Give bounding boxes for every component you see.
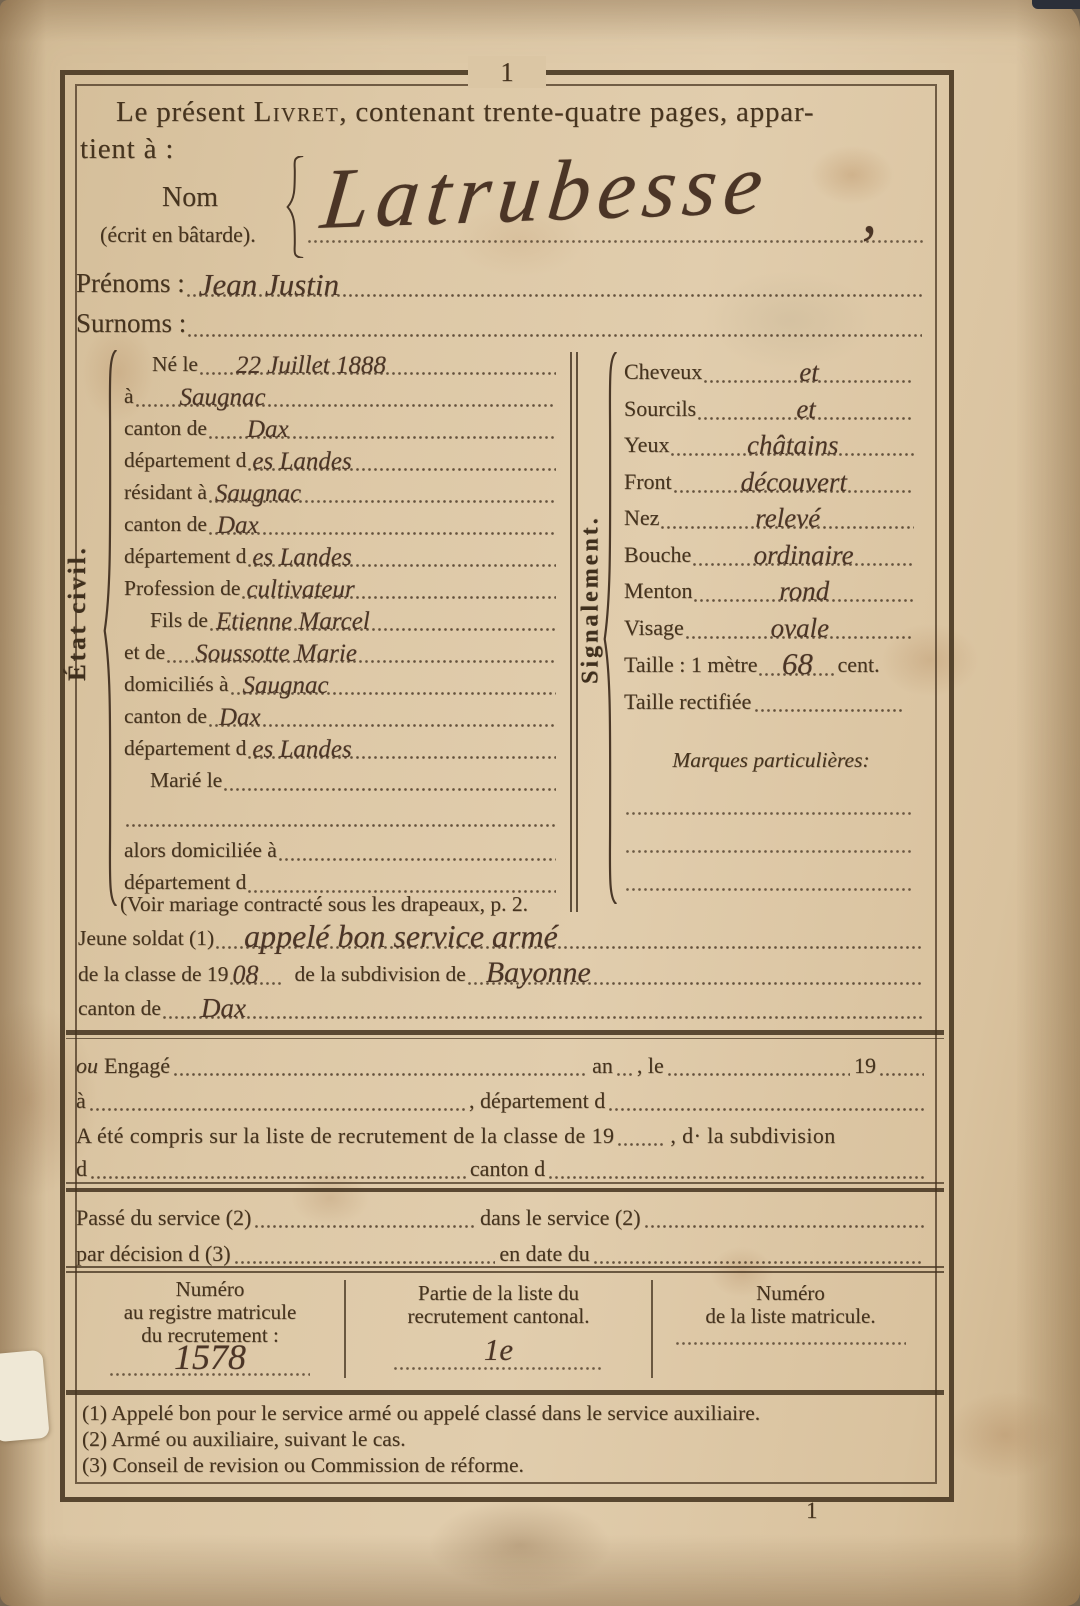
handwritten-value: et bbox=[799, 359, 819, 386]
classe-entry: 08 bbox=[228, 962, 286, 990]
nom-dotted-line bbox=[308, 240, 924, 243]
taille-value: 68 bbox=[782, 648, 813, 679]
field-entry: Dax bbox=[207, 705, 558, 732]
section-divider bbox=[66, 1266, 944, 1273]
handwritten-value: Etienne Marcel bbox=[208, 609, 370, 634]
blank-line bbox=[91, 1176, 466, 1179]
departement-label: , département d bbox=[469, 1088, 605, 1114]
field-entry: Saugnac bbox=[207, 481, 558, 508]
intro-line-2: tient à : bbox=[80, 133, 174, 165]
col1-header-line: au registre matricule bbox=[124, 1301, 297, 1324]
service-block: Passé du service (2) dans le service (2)… bbox=[76, 1196, 928, 1270]
field-label: Profession de bbox=[124, 576, 240, 601]
field-row: Né le22 Juillet 1888 bbox=[124, 348, 558, 380]
d-label: d bbox=[76, 1156, 87, 1182]
handwritten-value: ovale bbox=[771, 615, 829, 642]
handwritten-value: Dax bbox=[207, 513, 259, 538]
jeune-soldat-block: Jeune soldat (1) appelé bon service armé… bbox=[78, 914, 926, 1024]
signalement-rows: Cheveuxet Sourcilset Yeuxchâtains Frontd… bbox=[624, 352, 916, 718]
footnotes: (1) Appelé bon pour le service armé ou a… bbox=[82, 1400, 924, 1478]
field-label: département d bbox=[124, 736, 246, 761]
nom-sub-label: (écrit en bâtarde). bbox=[100, 222, 256, 248]
field-row: résidant àSaugnac bbox=[124, 476, 558, 508]
field-row: Visageovale bbox=[624, 607, 916, 644]
page-number-bottom: 1 bbox=[806, 1498, 818, 1524]
col2-header-line: Partie de la liste du bbox=[418, 1282, 579, 1305]
prenoms-label: Prénoms : bbox=[76, 268, 185, 299]
surnoms-entry bbox=[186, 340, 924, 342]
page-number-top-container: 1 bbox=[468, 56, 546, 88]
engagement-block: ou Engagé an , le 19 à , département d A… bbox=[76, 1046, 928, 1185]
matricule-table: Numéro au registre matricule du recrutem… bbox=[76, 1274, 928, 1384]
field-label: à bbox=[124, 384, 134, 409]
section-divider bbox=[66, 1182, 944, 1192]
prenoms-row: Prénoms : Jean Justin bbox=[76, 258, 924, 302]
col3-header-line: de la liste matricule. bbox=[705, 1305, 875, 1328]
col2-value: 1e bbox=[484, 1334, 513, 1365]
subdivision-entry: Bayonne bbox=[466, 958, 926, 990]
passe-row: Passé du service (2) dans le service (2) bbox=[76, 1196, 928, 1234]
field-entry: cultivateur bbox=[240, 577, 558, 604]
field-entry: et bbox=[702, 359, 916, 388]
taille-rectifiee-blank bbox=[755, 709, 905, 712]
canton-row: canton de Dax bbox=[78, 990, 926, 1024]
handwritten-value: Saugnac bbox=[207, 481, 301, 506]
field-entry: ovale bbox=[684, 615, 916, 644]
field-entry: Dax bbox=[207, 417, 558, 444]
an-label: an bbox=[592, 1053, 613, 1079]
field-label: Cheveux bbox=[624, 359, 702, 385]
handwritten-value: es Landes bbox=[246, 449, 351, 474]
compris-row: A été compris sur la liste de recrutemen… bbox=[76, 1117, 928, 1152]
col2-blank-line bbox=[394, 1367, 604, 1370]
field-entry: ordinaire bbox=[691, 542, 916, 571]
passe-label: Passé du service (2) bbox=[76, 1205, 251, 1231]
field-entry: Saugnac bbox=[229, 673, 559, 700]
field-row: Yeuxchâtains bbox=[624, 425, 916, 462]
handwritten-value: es Landes bbox=[246, 545, 351, 570]
blank-line bbox=[880, 1073, 924, 1076]
handwritten-value: rond bbox=[779, 578, 829, 605]
decision-row: par décision d (3) en date du bbox=[76, 1234, 928, 1270]
surnoms-label: Surnoms : bbox=[76, 308, 186, 339]
blank-line bbox=[174, 1073, 588, 1076]
compris-d-row: d canton d bbox=[76, 1152, 928, 1185]
subdivision-value: Bayonne bbox=[466, 958, 591, 988]
jeune-soldat-label: Jeune soldat (1) bbox=[78, 926, 214, 951]
field-label: Yeux bbox=[624, 432, 669, 458]
field-label: Fils de bbox=[150, 608, 208, 633]
field-entry: Etienne Marcel bbox=[208, 609, 558, 636]
field-entry bbox=[222, 794, 558, 796]
nom-flourish: , bbox=[862, 182, 877, 242]
military-booklet-page: 1 Le présent Livret, contenant trente-qu… bbox=[0, 0, 1080, 1606]
field-entry bbox=[124, 830, 558, 832]
field-label: Menton bbox=[624, 578, 692, 604]
classe-row: de la classe de 19 08 de la subdivision … bbox=[78, 954, 926, 990]
field-row: canton deDax bbox=[124, 508, 558, 540]
le-label: , le bbox=[637, 1053, 664, 1079]
field-entry: rond bbox=[692, 578, 916, 607]
marques-label: Marques particulières: bbox=[636, 748, 906, 773]
taille-label: Taille : 1 mètre bbox=[624, 652, 757, 678]
field-label: canton de bbox=[124, 512, 207, 537]
table-col-registre: Numéro au registre matricule du recrutem… bbox=[76, 1274, 344, 1384]
field-row: Marié le bbox=[124, 764, 558, 796]
handwritten-value: ordinaire bbox=[754, 542, 854, 569]
handwritten-value: découvert bbox=[741, 469, 847, 496]
field-row: alors domiciliée à bbox=[124, 832, 558, 866]
col3-header-line: Numéro bbox=[756, 1282, 825, 1305]
canton-d-label: canton d bbox=[470, 1156, 545, 1182]
etat-civil-brace bbox=[102, 350, 120, 906]
field-entry: Soussotte Marie bbox=[165, 641, 558, 668]
taille-suffix: cent. bbox=[837, 652, 879, 678]
field-label: et de bbox=[124, 640, 165, 665]
handwritten-value: et bbox=[796, 396, 816, 423]
taille-rectifiee-label: Taille rectifiée bbox=[624, 689, 751, 715]
field-row: canton deDax bbox=[124, 700, 558, 732]
intro-le-present: Le présent bbox=[116, 96, 246, 128]
blank-line bbox=[618, 1143, 666, 1146]
field-entry: découvert bbox=[672, 469, 916, 498]
field-label: Front bbox=[624, 469, 672, 495]
canton-entry: Dax bbox=[161, 995, 926, 1024]
field-label: département d bbox=[124, 544, 246, 569]
intro-rest: , contenant trente-quatre pages, appar- bbox=[339, 96, 814, 128]
etat-civil-section-label: État civil. bbox=[62, 448, 94, 778]
prenoms-value: Jean Justin bbox=[185, 269, 339, 300]
field-row bbox=[124, 796, 558, 832]
field-label: canton de bbox=[124, 416, 207, 441]
field-row: et deSoussotte Marie bbox=[124, 636, 558, 668]
field-row: canton deDax bbox=[124, 412, 558, 444]
blank-line bbox=[235, 1261, 496, 1264]
field-entry: châtains bbox=[669, 432, 916, 461]
blank-line bbox=[549, 1176, 924, 1179]
field-row: Fils deEtienne Marcel bbox=[124, 604, 558, 636]
classe-label: de la classe de 19 bbox=[78, 962, 228, 987]
prenoms-entry: Jean Justin bbox=[185, 269, 924, 302]
field-label: Né le bbox=[152, 352, 198, 377]
field-entry: 22 Juillet 1888 bbox=[198, 353, 558, 380]
handwritten-value: Soussotte Marie bbox=[165, 641, 357, 666]
compris-suffix: , d· la subdivision bbox=[670, 1123, 835, 1149]
field-row: département des Landes bbox=[124, 540, 558, 572]
engage-label: Engagé bbox=[98, 1053, 170, 1079]
field-entry: es Landes bbox=[246, 545, 558, 572]
nom-handwritten: Latrubesse bbox=[318, 140, 774, 242]
intro-line-1: Le présent Livret, contenant trente-quat… bbox=[80, 94, 920, 131]
field-row: département des Landes bbox=[124, 732, 558, 764]
engage-row: ou Engagé an , le 19 bbox=[76, 1046, 928, 1082]
field-row: département des Landes bbox=[124, 444, 558, 476]
blank-line bbox=[668, 1073, 850, 1076]
dans-label: dans le service (2) bbox=[480, 1205, 641, 1231]
handwritten-value: châtains bbox=[747, 432, 839, 459]
field-label: Visage bbox=[624, 615, 684, 641]
blank-line bbox=[594, 1261, 924, 1264]
field-entry: Saugnac bbox=[134, 385, 558, 412]
field-row: Mentonrond bbox=[624, 571, 916, 608]
a-label: à bbox=[76, 1088, 86, 1114]
intro-livret: Livret bbox=[254, 96, 340, 128]
col1-value: 1578 bbox=[174, 1339, 246, 1375]
engage-a-row: à , département d bbox=[76, 1082, 928, 1117]
jeune-soldat-value: appelé bon service armé bbox=[214, 920, 558, 952]
section-divider bbox=[66, 1030, 944, 1039]
field-row: àSaugnac bbox=[124, 380, 558, 412]
compris-text: A été compris sur la liste de recrutemen… bbox=[76, 1123, 614, 1149]
taille-row: Taille : 1 mètre 68 cent. bbox=[624, 644, 916, 681]
section-divider bbox=[66, 1390, 944, 1397]
field-label: canton de bbox=[124, 704, 207, 729]
handwritten-value: 22 Juillet 1888 bbox=[198, 353, 386, 378]
handwritten-value: cultivateur bbox=[240, 577, 354, 602]
col2-header-line: recrutement cantonal. bbox=[408, 1305, 590, 1328]
table-col-partie: Partie de la liste du recrutement canton… bbox=[346, 1274, 651, 1384]
jeune-soldat-entry: appelé bon service armé bbox=[214, 920, 926, 954]
field-row: Boucheordinaire bbox=[624, 534, 916, 571]
field-entry: es Landes bbox=[246, 449, 558, 476]
col1-header-line: Numéro bbox=[176, 1278, 245, 1301]
marques-blank-line bbox=[626, 850, 914, 853]
col3-blank-line bbox=[676, 1342, 906, 1345]
field-label: Nez bbox=[624, 505, 659, 531]
field-label: Bouche bbox=[624, 542, 691, 568]
handwritten-value: es Landes bbox=[246, 737, 351, 762]
nom-label: Nom bbox=[162, 182, 218, 214]
field-entry: es Landes bbox=[246, 737, 558, 764]
page-number-top: 1 bbox=[500, 57, 514, 88]
classe-value: 08 bbox=[228, 962, 258, 988]
marques-blank-line bbox=[626, 888, 914, 891]
subdivision-label: de la subdivision de bbox=[286, 962, 465, 987]
surnoms-row: Surnoms : bbox=[76, 300, 924, 342]
field-label: département d bbox=[124, 448, 246, 473]
taille-rectifiee-row: Taille rectifiée bbox=[624, 681, 916, 718]
footnote-1: (1) Appelé bon pour le service armé ou a… bbox=[82, 1400, 924, 1426]
etat-civil-rows: Né le22 Juillet 1888 àSaugnac canton deD… bbox=[124, 348, 558, 898]
tape-repair bbox=[0, 1350, 50, 1442]
blank-line bbox=[617, 1073, 633, 1076]
blank-line bbox=[255, 1225, 476, 1228]
canton-value: Dax bbox=[161, 995, 246, 1022]
blank-line bbox=[645, 1225, 924, 1228]
field-row: Nezrelevé bbox=[624, 498, 916, 535]
field-row: Frontdécouvert bbox=[624, 461, 916, 498]
col1-blank-line bbox=[110, 1373, 310, 1376]
blank-line bbox=[90, 1108, 465, 1111]
field-row: Sourcilset bbox=[624, 388, 916, 425]
canton-label: canton de bbox=[78, 996, 161, 1021]
nom-brace bbox=[284, 156, 308, 258]
field-entry: Dax bbox=[207, 513, 558, 540]
marques-blank-line bbox=[626, 812, 914, 815]
field-label: Marié le bbox=[150, 768, 222, 793]
footnote-3: (3) Conseil de revision ou Commission de… bbox=[82, 1452, 924, 1478]
field-row: Cheveuxet bbox=[624, 352, 916, 388]
date-label: en date du bbox=[499, 1241, 589, 1267]
field-row: Profession decultivateur bbox=[124, 572, 558, 604]
decision-label: par décision d (3) bbox=[76, 1241, 231, 1267]
field-entry: et bbox=[696, 396, 916, 425]
footnote-2: (2) Armé ou auxiliaire, suivant le cas. bbox=[82, 1426, 924, 1452]
handwritten-value: Saugnac bbox=[229, 673, 329, 698]
field-label: domiciliés à bbox=[124, 672, 229, 697]
field-label: alors domiciliée à bbox=[124, 838, 277, 863]
taille-entry: 68 bbox=[757, 648, 837, 681]
jeune-soldat-row: Jeune soldat (1) appelé bon service armé bbox=[78, 914, 926, 954]
table-col-liste: Numéro de la liste matricule. bbox=[653, 1274, 928, 1384]
ou-label: ou bbox=[76, 1053, 98, 1079]
field-label: Sourcils bbox=[624, 396, 696, 422]
signalement-brace bbox=[602, 352, 620, 904]
blank-line bbox=[609, 1108, 924, 1111]
handwritten-value: Dax bbox=[207, 705, 261, 730]
field-label: résidant à bbox=[124, 480, 207, 505]
field-entry bbox=[277, 864, 558, 866]
scan-background-sliver bbox=[1032, 0, 1080, 9]
field-row: domiciliés àSaugnac bbox=[124, 668, 558, 700]
handwritten-value: Saugnac bbox=[134, 385, 266, 410]
year-prefix: 19 bbox=[854, 1053, 876, 1079]
field-entry: relevé bbox=[659, 505, 916, 534]
handwritten-value: Dax bbox=[207, 417, 289, 442]
handwritten-value: relevé bbox=[755, 505, 820, 532]
